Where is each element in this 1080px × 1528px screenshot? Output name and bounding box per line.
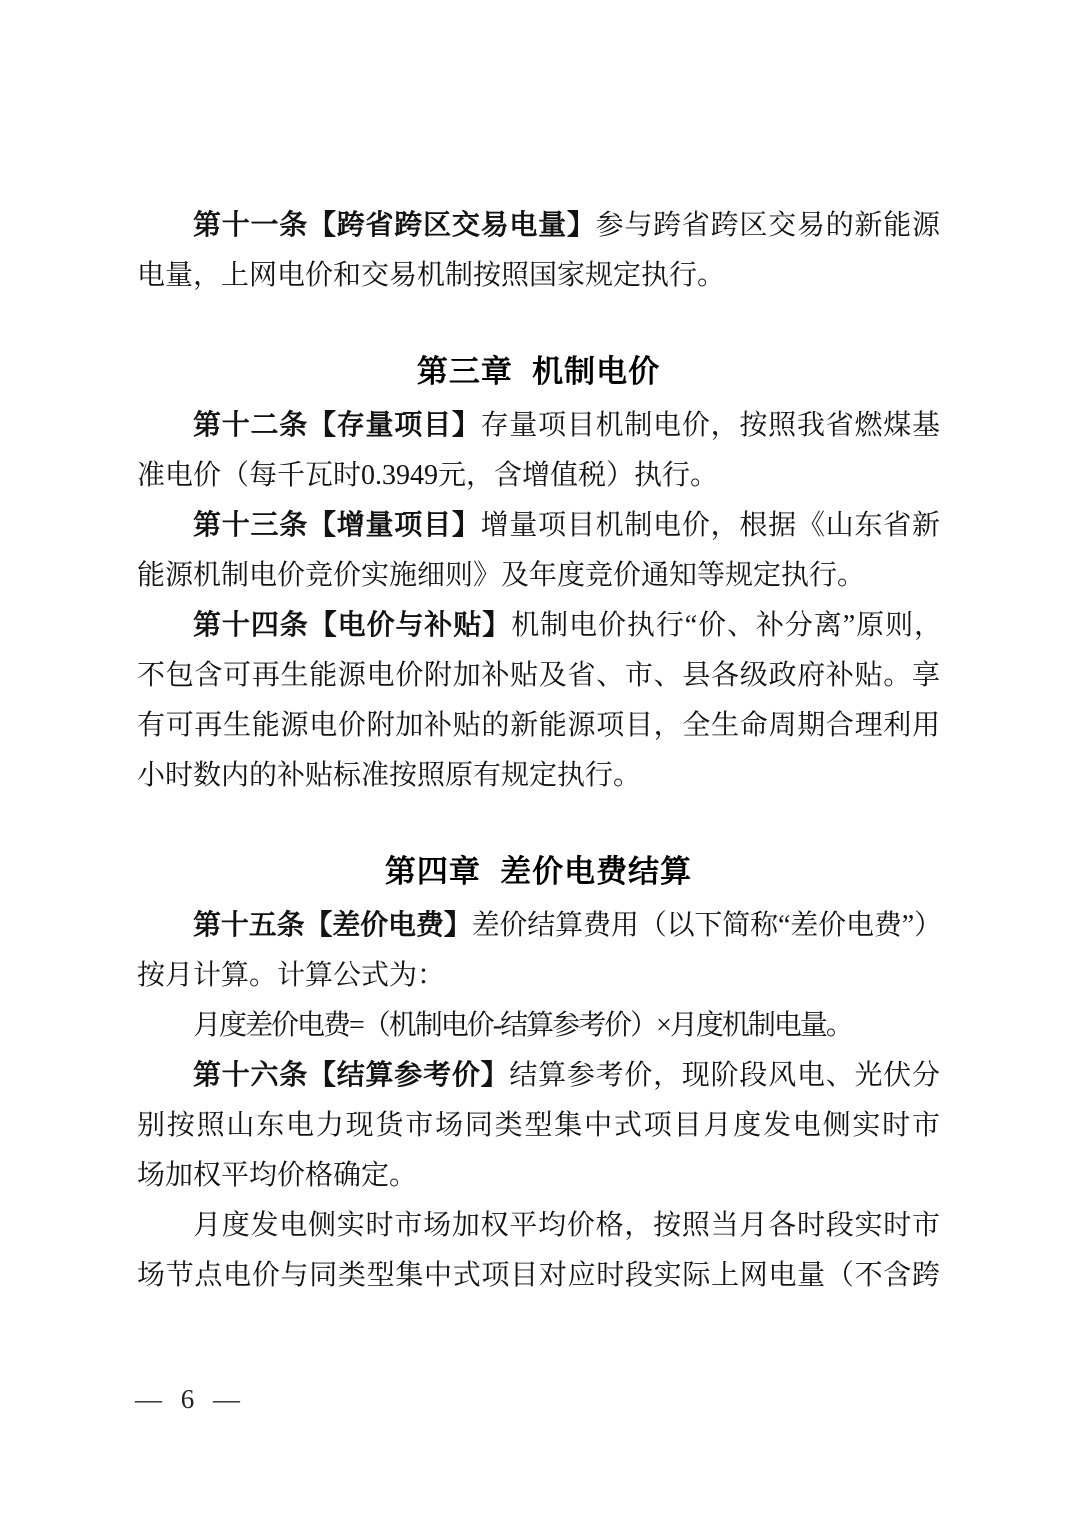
paragraph: 月度差价电费=（机制电价-结算参考价）×月度机制电量。 (137, 1001, 940, 1051)
document-line: 第十六条【结算参考价】结算参考价，现阶段风电、光伏分 (137, 1051, 940, 1101)
paragraph: 第十四条【电价与补贴】机制电价执行“价、补分离”原则，不包含可再生能源电价附加补… (137, 601, 940, 801)
chapter-heading: 第三章 机制电价 (137, 347, 940, 397)
paragraph: 第十二条【存量项目】存量项目机制电价，按照我省燃煤基准电价（每千瓦时0.3949… (137, 401, 940, 501)
chapter-heading: 第四章 差价电费结算 (137, 847, 940, 897)
document-line: 电量，上网电价和交易机制按照国家规定执行。 (137, 251, 940, 301)
article-label: 第十五条【差价电费】 (193, 910, 472, 941)
paragraph: 第十一条【跨省跨区交易电量】参与跨省跨区交易的新能源电量，上网电价和交易机制按照… (137, 201, 940, 301)
paragraph: 月度发电侧实时市场加权平均价格，按照当月各时段实时市场节点电价与同类型集中式项目… (137, 1201, 940, 1301)
article-label: 第十二条【存量项目】 (193, 410, 481, 441)
document-line: 第十二条【存量项目】存量项目机制电价，按照我省燃煤基 (137, 401, 940, 451)
article-label: 第十一条【跨省跨区交易电量】 (193, 210, 596, 241)
document-line: 第十一条【跨省跨区交易电量】参与跨省跨区交易的新能源 (137, 201, 940, 251)
document-line: 不包含可再生能源电价附加补贴及省、市、县各级政府补贴。享 (137, 651, 940, 701)
document-line: 准电价（每千瓦时0.3949元，含增值税）执行。 (137, 451, 940, 501)
paragraph: 第十五条【差价电费】差价结算费用（以下简称“差价电费”）按月计算。计算公式为： (137, 901, 940, 1001)
article-label: 第十六条【结算参考价】 (193, 1060, 509, 1091)
article-label: 第十三条【增量项目】 (193, 510, 481, 541)
article-label: 第十四条【电价与补贴】 (193, 610, 511, 641)
document-line: 场加权平均价格确定。 (137, 1151, 940, 1201)
document-line: 第十五条【差价电费】差价结算费用（以下简称“差价电费”） (137, 901, 940, 951)
document-line: 有可再生能源电价附加补贴的新能源项目，全生命周期合理利用 (137, 701, 940, 751)
document-line: 月度差价电费=（机制电价-结算参考价）×月度机制电量。 (137, 1001, 940, 1051)
document-line: 别按照山东电力现货市场同类型集中式项目月度发电侧实时市 (137, 1101, 940, 1151)
page-number: — 6 — (135, 1384, 246, 1415)
document-line: 第十三条【增量项目】增量项目机制电价，根据《山东省新 (137, 501, 940, 551)
paragraph: 第十三条【增量项目】增量项目机制电价，根据《山东省新能源机制电价竞价实施细则》及… (137, 501, 940, 601)
document-line: 第十四条【电价与补贴】机制电价执行“价、补分离”原则， (137, 601, 940, 651)
document-line: 按月计算。计算公式为： (137, 951, 940, 1001)
document-line: 能源机制电价竞价实施细则》及年度竞价通知等规定执行。 (137, 551, 940, 601)
document-line: 场节点电价与同类型集中式项目对应时段实际上网电量（不含跨 (137, 1251, 940, 1301)
document-content: 第十一条【跨省跨区交易电量】参与跨省跨区交易的新能源电量，上网电价和交易机制按照… (137, 201, 940, 1301)
document-line: 月度发电侧实时市场加权平均价格，按照当月各时段实时市 (137, 1201, 940, 1251)
document-page: 第十一条【跨省跨区交易电量】参与跨省跨区交易的新能源电量，上网电价和交易机制按照… (0, 0, 1080, 1528)
paragraph: 第十六条【结算参考价】结算参考价，现阶段风电、光伏分别按照山东电力现货市场同类型… (137, 1051, 940, 1201)
document-line: 小时数内的补贴标准按照原有规定执行。 (137, 751, 940, 801)
